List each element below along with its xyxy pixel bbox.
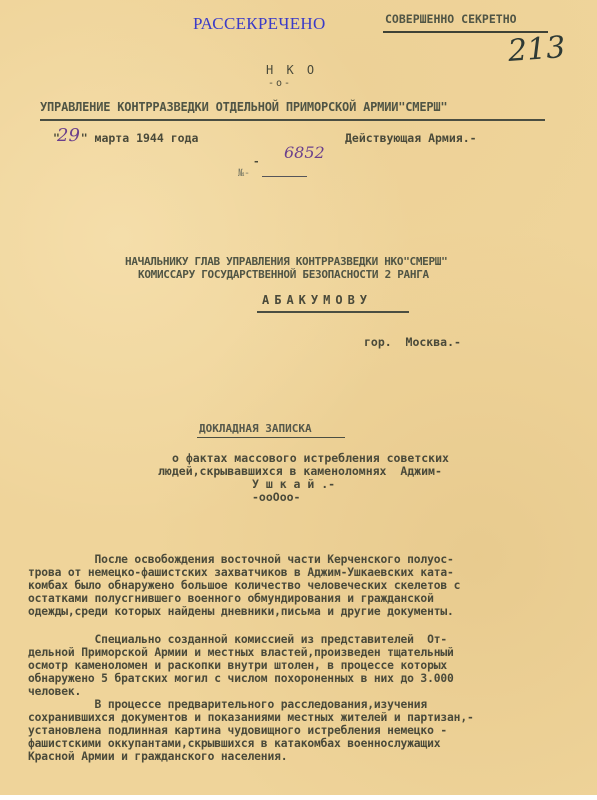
subject-line: -ooOoo-	[252, 490, 300, 504]
report-title: ДОКЛАДНАЯ ЗАПИСКА	[199, 422, 312, 435]
body-line: трова от немецко-фашистских захватчиков …	[28, 566, 454, 579]
body-line: установлена подлинная картина чудовищног…	[28, 724, 447, 737]
body-line: человек.	[28, 685, 81, 698]
agency-heading: Н К О	[266, 63, 317, 77]
addressee-line-2: КОМИССАРУ ГОСУДАРСТВЕННОЙ БЕЗОПАСНОСТИ 2…	[138, 268, 429, 281]
subject-line: о фактах массового истребления советских	[172, 451, 449, 465]
body-line: обнаружено 5 братских могил с числом пох…	[28, 672, 454, 685]
addressee-city: гор. Москва.-	[364, 335, 461, 349]
body-line: Специально созданной комиссией из предст…	[28, 633, 447, 646]
body-line: дельной Приморской Армии и местных власт…	[28, 646, 454, 659]
number-underline	[262, 176, 307, 177]
handwritten-document-number: 6852	[284, 143, 325, 162]
addressee-line-1: НАЧАЛЬНИКУ ГЛАВ УПРАВЛЕНИЯ КОНТРРАЗВЕДКИ…	[125, 255, 447, 268]
body-line: одежды,среди которых найдены дневники,пи…	[28, 605, 454, 618]
number-dash: -	[253, 155, 260, 168]
body-line: сохранившихся документов и показаниями м…	[28, 711, 474, 724]
body-line: После освобождения восточной части Керче…	[28, 553, 454, 566]
body-line: остатками полусгнившего военного обмунди…	[28, 592, 434, 605]
addressee-name: АБАКУМОВУ	[262, 293, 372, 307]
location-label: Действующая Армия.-	[345, 131, 477, 145]
document-page: РАССЕКРЕЧЕНО СОВЕРШЕННО СЕКРЕТНО 213 Н К…	[0, 0, 597, 795]
agency-separator: -о-	[268, 78, 292, 89]
number-label: №-	[238, 168, 250, 179]
body-line: фашистскими оккупантами,скрывшихся в кат…	[28, 737, 440, 750]
addressee-name-underline	[257, 311, 409, 313]
body-line: комбах было обнаружено большое количеств…	[28, 579, 460, 592]
handwritten-page-number: 213	[507, 30, 567, 69]
organization-underline	[40, 119, 545, 121]
subject-line: У ш к а й .-	[252, 477, 335, 491]
body-line: осмотр каменоломен и раскопки внутри што…	[28, 659, 447, 672]
subject-line: людей,скрывавшихся в каменоломнях Аджим-	[158, 464, 442, 478]
classification-label: СОВЕРШЕННО СЕКРЕТНО	[385, 12, 517, 26]
body-line: Красной Армии и гражданского населения.	[28, 750, 287, 763]
body-line: В процессе предварительного расследовани…	[28, 698, 427, 711]
organization-heading: УПРАВЛЕНИЕ КОНТРРАЗВЕДКИ ОТДЕЛЬНОЙ ПРИМО…	[40, 100, 447, 114]
handwritten-date-day: 29	[57, 125, 80, 146]
declassified-stamp: РАССЕКРЕЧЕНО	[193, 14, 326, 34]
report-title-underline	[197, 437, 345, 438]
